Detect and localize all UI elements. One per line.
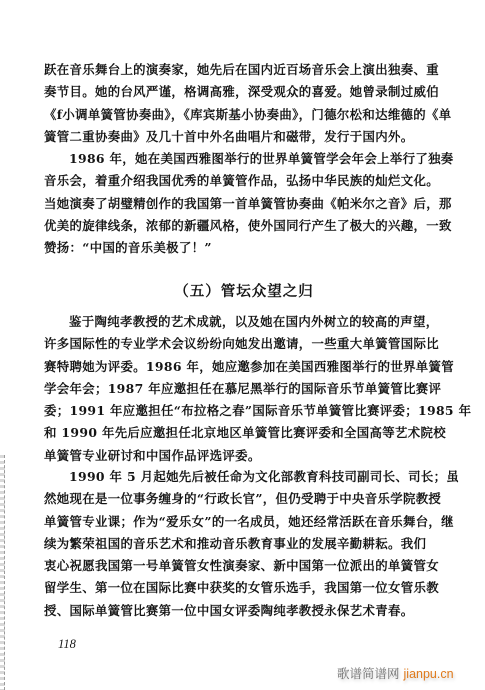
- section-heading: （五）管坛众望之归: [44, 280, 444, 301]
- text-line: 和 1990 年先后应邀担任北京地区单簧管比赛评委和全国高等艺术院校: [44, 422, 471, 444]
- text-line: 授、国际单簧管比赛第一位中国女评委陶纯孝教授永保艺术青春。: [44, 600, 459, 622]
- paragraph-judge-invitations: 鉴于陶纯孝教授的艺术成就，以及她在国内外树立的较高的声望， 许多国际性的专业学术…: [44, 311, 471, 467]
- page-number: 118: [58, 637, 76, 652]
- paragraph-continuation: 跃在音乐舞台上的演奏家，她先后在国内近百场音乐会上演出独奏、重 奏节目。她的台风…: [44, 59, 452, 148]
- text-line: 当她演奏了胡璧精创作的我国第一首单簧管协奏曲《帕米尔之音》后，那: [44, 193, 454, 215]
- text-line: 委；1991 年应邀担任“布拉格之春”国际音乐节单簧管比赛评委；1985 年: [44, 400, 471, 422]
- text-line: 赞扬：“中国的音乐美极了！”: [44, 237, 454, 259]
- text-line: 跃在音乐舞台上的演奏家，她先后在国内近百场音乐会上演出独奏、重: [44, 59, 452, 81]
- text-line: 衷心祝愿我国第一号单簧管女性演奏家、新中国第一位派出的单簧管女: [44, 555, 459, 577]
- text-line: 音乐会，着重介绍我国优秀的单簧管作品，弘扬中华民族的灿烂文化。: [44, 170, 454, 192]
- text-line: 鉴于陶纯孝教授的艺术成就，以及她在国内外树立的较高的声望，: [44, 311, 471, 333]
- text-line: 许多国际性的专业学术会议纷纷向她发出邀请，一些重大单簧管国际比: [44, 333, 471, 355]
- watermark-domain: jianpu.cn: [404, 667, 454, 681]
- text-line: 簧管二重协奏曲》及几十首中外名曲唱片和磁带，发行于国内外。: [44, 126, 452, 148]
- paragraph-1986-recital: 1986 年，她在美国西雅图举行的世界单簧管学会年会上举行了独奏 音乐会，着重介…: [44, 148, 454, 259]
- watermark: 歌谱简谱网jianpu.cn: [337, 664, 454, 682]
- text-line: 1990 年 5 月起她先后被任命为文化部教育科技司副司长、司长；虽: [44, 466, 459, 488]
- text-line: 《f小调单簧管协奏曲》，《库宾斯基小协奏曲》，门德尔松和达维德的《单: [44, 104, 452, 126]
- watermark-site-name: 歌谱简谱网: [337, 666, 400, 681]
- text-line: 留学生、第一位在国际比赛中获奖的女管乐选手，我国第一位女管乐教: [44, 577, 459, 599]
- text-line: 1986 年，她在美国西雅图举行的世界单簧管学会年会上举行了独奏: [44, 148, 454, 170]
- paragraph-1990-appointment: 1990 年 5 月起她先后被任命为文化部教育科技司副司长、司长；虽 然她现在是…: [44, 466, 459, 622]
- text-line: 优美的旋律线条，浓郁的新疆风格，使外国同行产生了极大的兴趣，一致: [44, 215, 454, 237]
- text-line: 奏节目。她的台风严谨，格调高雅，深受观众的喜爱。她曾录制过威伯: [44, 81, 452, 103]
- text-line: 单簧管专业研讨和中国作品评选评委。: [44, 445, 471, 467]
- scan-binding-edge: [0, 455, 5, 690]
- text-line: 然她现在是一位事务缠身的“行政长官”，但仍受聘于中央音乐学院教授: [44, 488, 459, 510]
- text-line: 续为繁荣祖国的音乐艺术和推动音乐教育事业的发展辛勤耕耘。我们: [44, 533, 459, 555]
- text-line: 单簧管专业课；作为“爱乐女”的一名成员，她还经常活跃在音乐舞台，继: [44, 511, 459, 533]
- text-line: 赛特聘她为评委。1986 年，她应邀参加在美国西雅图举行的世界单簧管: [44, 356, 471, 378]
- text-line: 学会年会；1987 年应邀担任在慕尼黑举行的国际音乐节单簧管比赛评: [44, 378, 471, 400]
